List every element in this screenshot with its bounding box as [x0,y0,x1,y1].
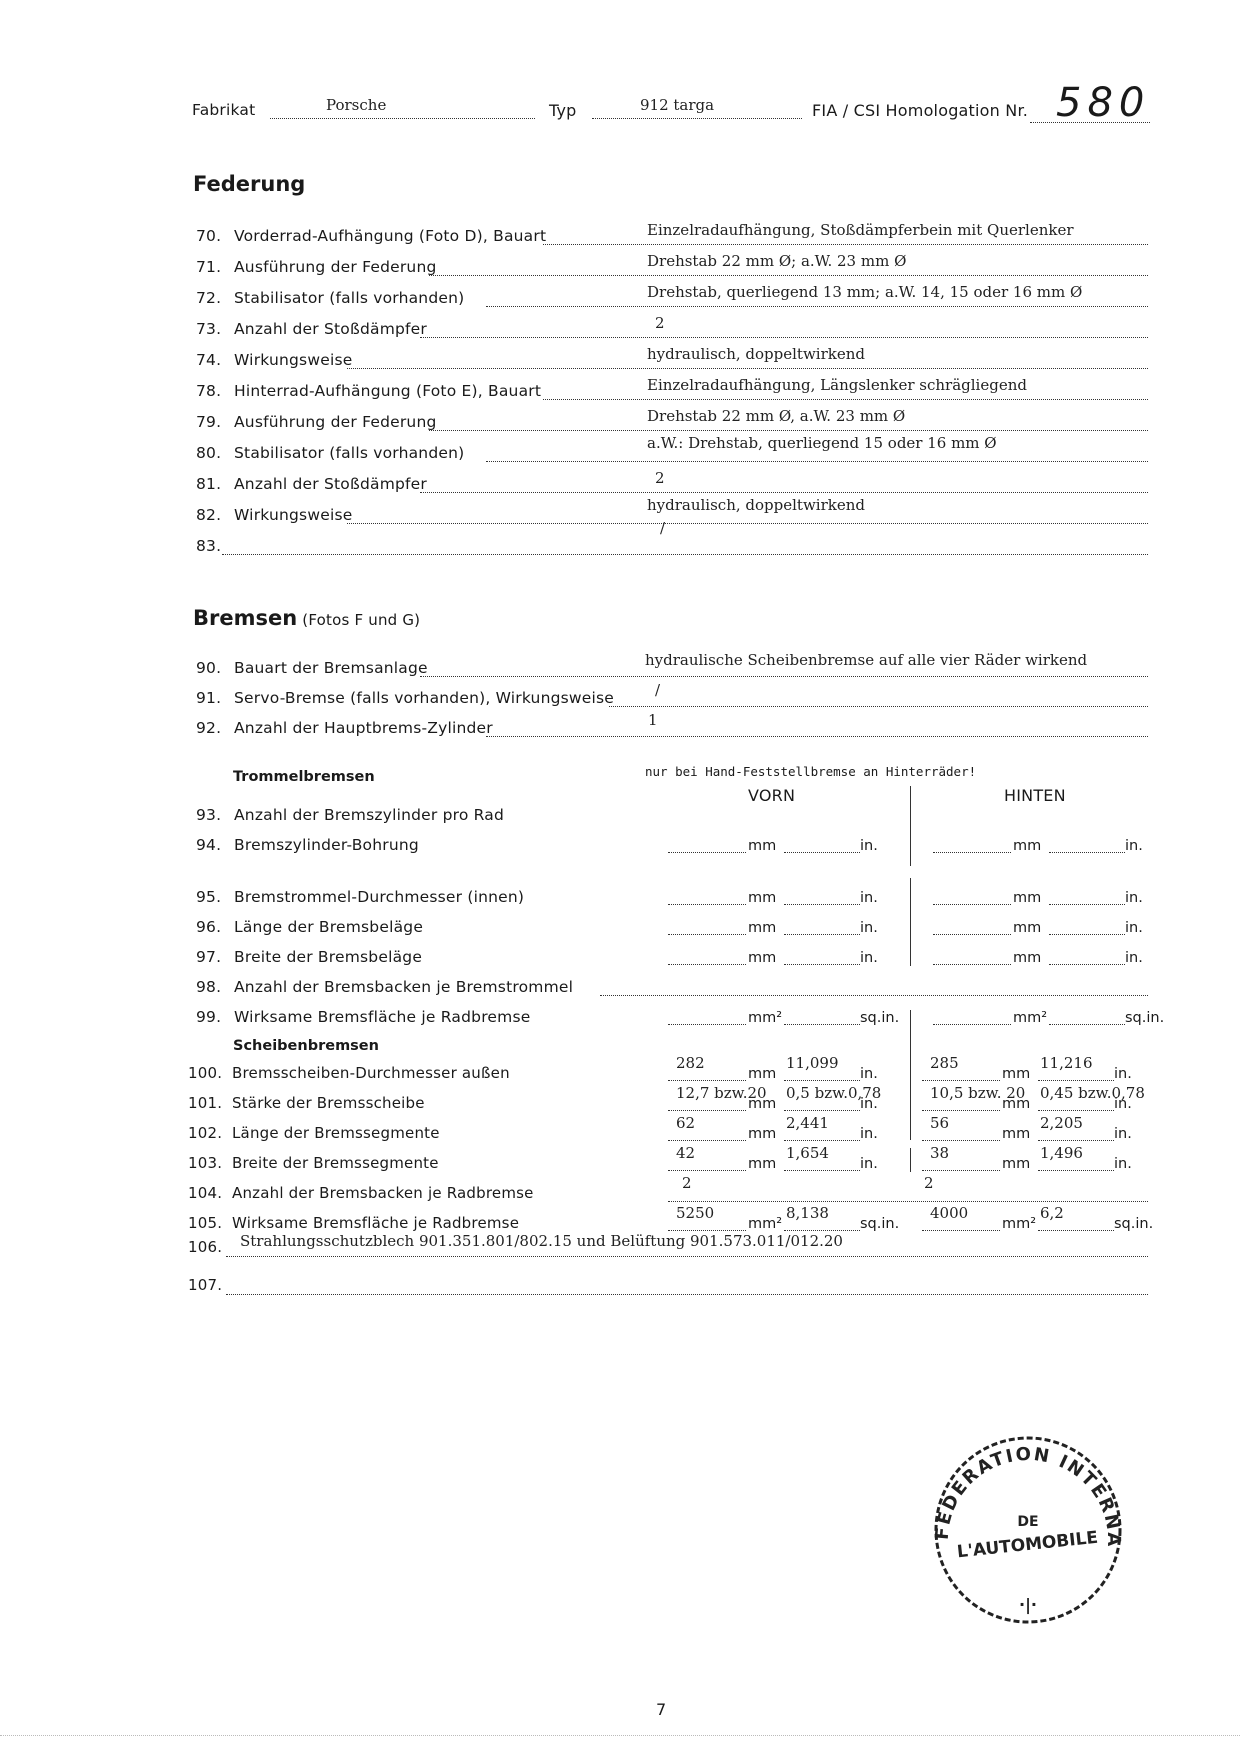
unit-label: mm [748,950,776,966]
item-number: 101. [188,1094,222,1112]
unit-label: mm² [1002,1216,1036,1232]
unit-label: in. [860,838,878,854]
item-number: 90. [196,659,221,677]
item-label: Breite der Bremsbeläge [234,948,422,966]
unit-label: sq.in. [860,1216,899,1232]
bremsen-heading: Bremsen (Fotos F und G) [193,606,420,630]
item-value[interactable]: 2 [655,469,665,487]
item-value[interactable]: hydraulische Scheibenbremse auf alle vie… [645,651,1087,669]
item-value[interactable]: Drehstab, querliegend 13 mm; a.W. 14, 15… [647,283,1082,301]
unit-label: in. [1125,950,1143,966]
item-value[interactable]: Strahlungsschutzblech 901.351.801/802.15… [240,1232,843,1250]
item-label: Anzahl der Bremszylinder pro Rad [234,806,504,824]
item-value[interactable]: Einzelradaufhängung, Längslenker schrägl… [647,376,1027,394]
unit-label: sq.in. [860,1010,899,1026]
item-value[interactable]: Einzelradaufhängung, Stoßdämpferbein mit… [647,221,1074,239]
item-label: Stabilisator (falls vorhanden) [234,289,464,307]
item-number: 107. [188,1276,222,1294]
item-value[interactable]: / [660,519,665,537]
unit-label: in. [1114,1066,1132,1082]
item-number: 80. [196,444,221,462]
rear-mm-value[interactable]: 56 [930,1114,949,1132]
front-mm-value[interactable]: 42 [676,1144,695,1162]
item-label: Wirkungsweise [234,351,352,369]
front-in-value[interactable]: 0,5 bzw.0,78 [786,1084,881,1102]
item-label: Bremstrommel-Durchmesser (innen) [234,888,524,906]
item-value[interactable]: Drehstab 22 mm Ø, a.W. 23 mm Ø [647,407,905,425]
rear-value[interactable]: 2 [924,1174,934,1192]
unit-label: mm [748,1066,776,1082]
front-mm-value[interactable]: 5250 [676,1204,714,1222]
item-label: Anzahl der Stoßdämpfer [234,320,427,338]
column-front-header: VORN [748,786,795,805]
front-in-value[interactable]: 1,654 [786,1144,829,1162]
unit-label: mm [1013,890,1041,906]
rear-mm-value[interactable]: 10,5 bzw. 20 [930,1084,1025,1102]
item-number: 94. [196,836,221,854]
item-number: 97. [196,948,221,966]
item-label: Servo-Bremse (falls vorhanden), Wirkungs… [234,689,614,707]
item-number: 99. [196,1008,221,1026]
item-number: 91. [196,689,221,707]
handbrake-note: nur bei Hand-Feststellbremse an Hinterrä… [645,764,976,779]
unit-label: mm [748,1126,776,1142]
item-label: Länge der Bremsbeläge [234,918,423,936]
unit-label: mm [1002,1066,1030,1082]
item-number: 105. [188,1214,222,1232]
column-rear-header: HINTEN [1004,786,1066,805]
item-number: 73. [196,320,221,338]
item-label: Wirkungsweise [234,506,352,524]
scan-edge [0,1735,1240,1736]
item-value[interactable]: 2 [655,314,665,332]
item-value[interactable]: Drehstab 22 mm Ø; a.W. 23 mm Ø [647,252,906,270]
unit-label: mm [1013,950,1041,966]
unit-label: in. [1125,838,1143,854]
front-in-value[interactable]: 11,099 [786,1054,839,1072]
unit-label: mm [748,1156,776,1172]
unit-label: mm [748,890,776,906]
item-label: Wirksame Bremsfläche je Radbremse [232,1214,519,1232]
item-number: 74. [196,351,221,369]
front-mm-value[interactable]: 282 [676,1054,705,1072]
front-in-value[interactable]: 2,441 [786,1114,829,1132]
unit-label: mm [748,920,776,936]
homologation-label: FIA / CSI Homologation Nr. [812,101,1028,120]
rear-in-value[interactable]: 1,496 [1040,1144,1083,1162]
unit-label: in. [860,920,878,936]
unit-label: sq.in. [1114,1216,1153,1232]
unit-label: sq.in. [1125,1010,1164,1026]
fabrikat-value: Porsche [326,96,386,114]
rear-in-value[interactable]: 2,205 [1040,1114,1083,1132]
item-number: 71. [196,258,221,276]
item-number: 96. [196,918,221,936]
rear-mm-value[interactable]: 285 [930,1054,959,1072]
item-number: 82. [196,506,221,524]
item-number: 72. [196,289,221,307]
item-label: Anzahl der Hauptbrems-Zylinder [234,719,493,737]
item-number: 95. [196,888,221,906]
bremsen-title: Bremsen [193,606,297,630]
column-divider [910,1010,911,1140]
unit-label: mm [1002,1126,1030,1142]
item-label: Anzahl der Bremsbacken je Radbremse [232,1184,534,1202]
item-value[interactable]: 1 [648,711,658,729]
item-number: 70. [196,227,221,245]
scheibenbremsen-title: Scheibenbremsen [233,1038,379,1054]
unit-label: in. [860,1126,878,1142]
page-number: 7 [656,1700,666,1719]
unit-label: mm [1013,920,1041,936]
rear-mm-value[interactable]: 4000 [930,1204,968,1222]
trommelbremsen-title: Trommelbremsen [233,769,375,785]
item-number: 83. [196,537,221,555]
item-number: 106. [188,1238,222,1256]
item-number: 93. [196,806,221,824]
front-mm-value[interactable]: 62 [676,1114,695,1132]
item-label: Anzahl der Stoßdämpfer [234,475,427,493]
unit-label: in. [860,950,878,966]
item-number: 79. [196,413,221,431]
item-value[interactable]: hydraulisch, doppeltwirkend [647,345,865,363]
unit-label: in. [1114,1156,1132,1172]
unit-label: in. [860,1156,878,1172]
item-label: Breite der Bremssegmente [232,1154,439,1172]
bremsen-title-note: (Fotos F und G) [302,611,420,629]
item-number: 102. [188,1124,222,1142]
item-label: Wirksame Bremsfläche je Radbremse [234,1008,530,1026]
item-number: 104. [188,1184,222,1202]
item-number: 78. [196,382,221,400]
item-label: Vorderrad-Aufhängung (Foto D), Bauart [234,227,546,245]
fabrikat-label: Fabrikat [192,101,255,119]
typ-value: 912 targa [640,96,714,114]
front-value[interactable]: 2 [682,1174,692,1192]
unit-label: mm² [748,1216,782,1232]
item-label: Hinterrad-Aufhängung (Foto E), Bauart [234,382,541,400]
item-label: Ausführung der Federung [234,258,437,276]
front-in-value[interactable]: 8,138 [786,1204,829,1222]
item-label: Bremszylinder-Bohrung [234,836,419,854]
unit-label: in. [860,890,878,906]
item-label: Stabilisator (falls vorhanden) [234,444,464,462]
column-divider [910,786,911,866]
item-value[interactable]: hydraulisch, doppeltwirkend [647,496,865,514]
unit-label: mm² [1013,1010,1047,1026]
unit-label: in. [1125,920,1143,936]
stamp-center-main: L'AUTOMOBILE [956,1528,1099,1563]
item-number: 92. [196,719,221,737]
unit-label: mm [1013,838,1041,854]
federung-title: Federung [193,172,305,196]
item-label: Bremsscheiben-Durchmesser außen [232,1064,510,1082]
item-label: Länge der Bremssegmente [232,1124,440,1142]
fia-stamp: FEDERATION INTERNATIONALE DE L'AUTOMOBIL… [918,1420,1138,1630]
item-number: 103. [188,1154,222,1172]
item-label: Bauart der Bremsanlage [234,659,428,677]
item-label: Stärke der Bremsscheibe [232,1094,425,1112]
column-divider [910,878,911,966]
rear-in-value[interactable]: 11,216 [1040,1054,1093,1072]
item-label: Ausführung der Federung [234,413,437,431]
column-divider [910,1148,911,1172]
rear-in-value[interactable]: 6,2 [1040,1204,1064,1222]
unit-label: in. [1125,890,1143,906]
item-number: 100. [188,1064,222,1082]
item-value[interactable]: / [655,681,660,699]
unit-label: mm [1002,1156,1030,1172]
item-number: 81. [196,475,221,493]
unit-label: in. [860,1066,878,1082]
typ-label: Typ [549,101,577,120]
rear-in-value[interactable]: 0,45 bzw.0,78 [1040,1084,1145,1102]
unit-label: mm² [748,1010,782,1026]
svg-text:·|·: ·|· [1019,1595,1037,1615]
rear-mm-value[interactable]: 38 [930,1144,949,1162]
item-value[interactable]: a.W.: Drehstab, querliegend 15 oder 16 m… [647,434,997,452]
stamp-center-top: DE [1017,1514,1038,1530]
item-number: 98. [196,978,221,996]
item-label: Anzahl der Bremsbacken je Bremstrommel [234,978,573,996]
unit-label: in. [1114,1126,1132,1142]
front-mm-value[interactable]: 12,7 bzw.20 [676,1084,767,1102]
homologation-number: 580 [1056,80,1150,126]
unit-label: mm [748,838,776,854]
